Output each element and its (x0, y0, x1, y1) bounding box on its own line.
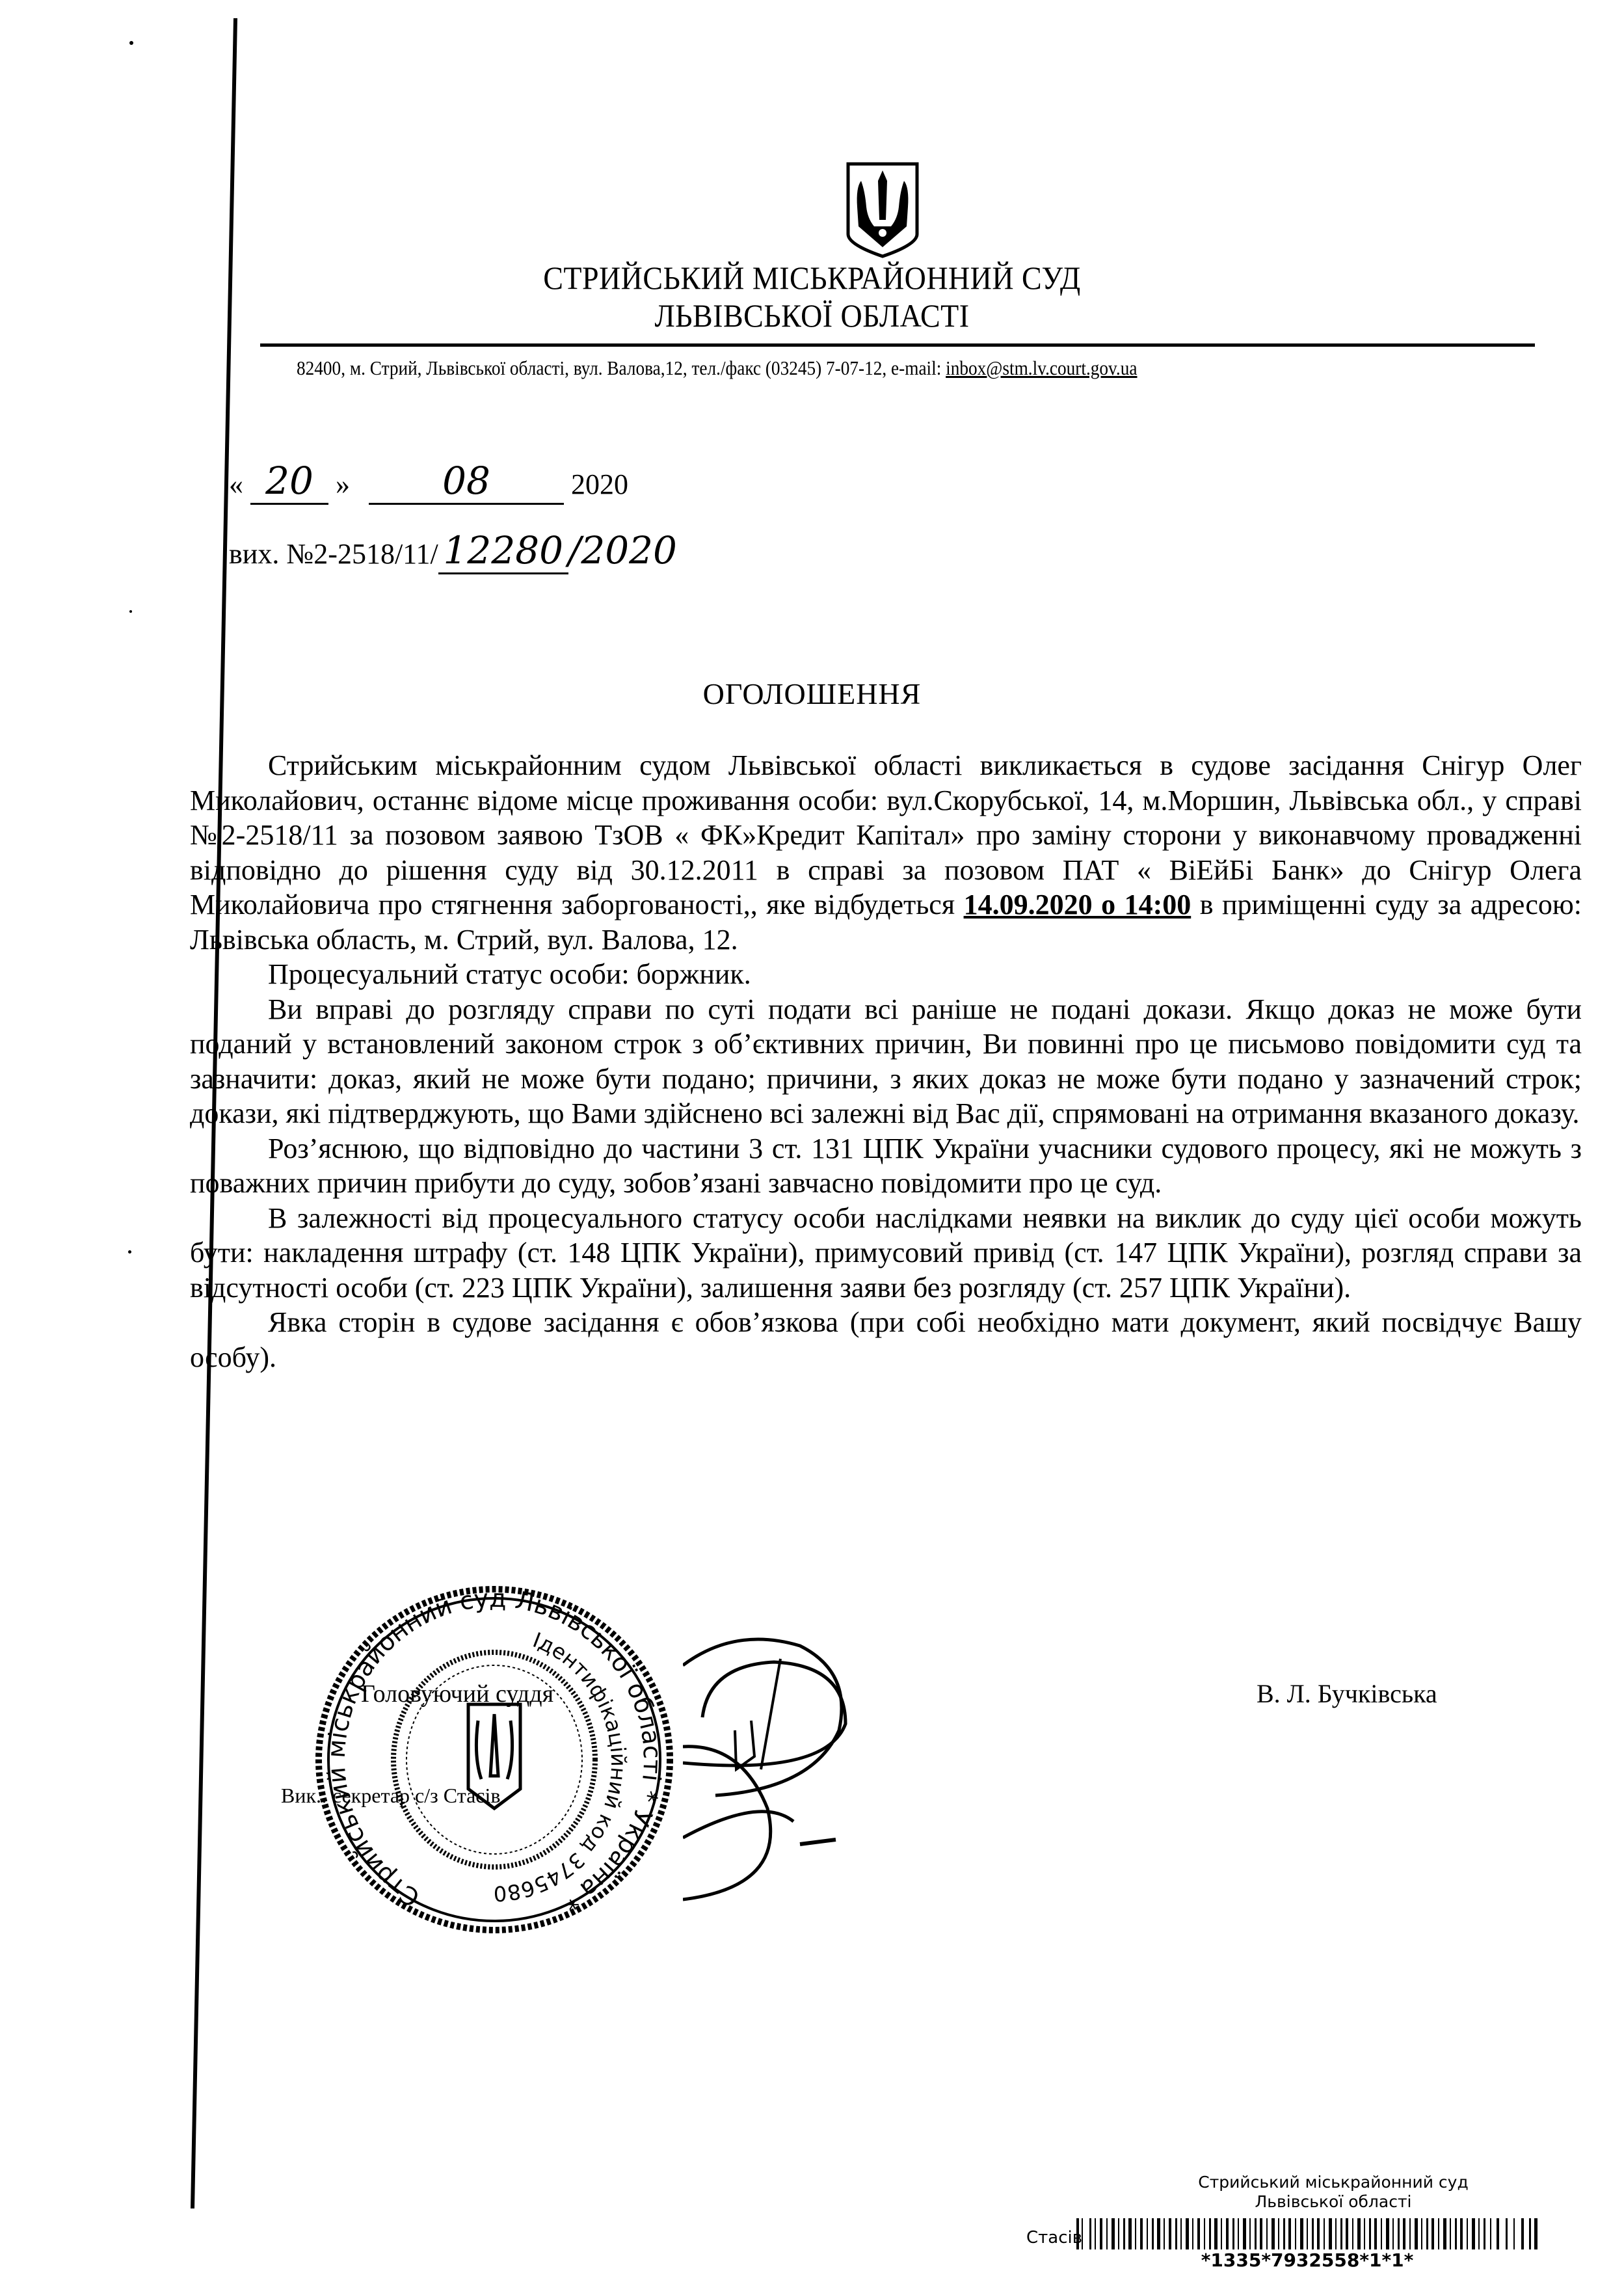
quote-open: « (229, 468, 243, 500)
ref-prefix: вих. №2-2518/11/ (229, 538, 438, 570)
outgoing-date: « 20 » 08 2020 (229, 459, 628, 505)
scan-speck (129, 610, 132, 613)
quote-close: » (336, 468, 350, 500)
presiding-judge-label: Головуючий суддя (361, 1680, 553, 1708)
ref-year: /2020 (568, 528, 677, 572)
tryzub-coat-of-arms-icon (844, 161, 921, 259)
paragraph-attendance: Явка сторін в судове засідання є обов’яз… (190, 1305, 1582, 1375)
paragraph-status: Процесуальний статус особи: боржник. (190, 957, 1582, 992)
barcode-court-line2: Львівської області (1184, 2192, 1483, 2212)
announcement-body: Стрийським міськрайонним судом Львівсько… (190, 748, 1582, 1375)
barcode-prefix: Стасів (1026, 2228, 1082, 2248)
document-barcode: Стрийський міськрайонний суд Львівської … (1015, 2166, 1587, 2283)
barcode-court-name: Стрийський міськрайонний суд Львівської … (1184, 2173, 1483, 2212)
hearing-datetime: 14.09.2020 о 14:00 (964, 889, 1191, 920)
document-heading: ОГОЛОШЕННЯ (0, 677, 1624, 711)
paragraph-summons: Стрийським міськрайонним судом Львівсько… (190, 748, 1582, 957)
court-name: СТРИЙСЬКИЙ МІСЬКРАЙОННИЙ СУД ЛЬВІВСЬКОЇ … (0, 259, 1624, 334)
court-address: 82400, м. Стрий, Львівської області, вул… (297, 356, 946, 379)
date-day: 20 (250, 459, 328, 505)
court-name-line2: ЛЬВІВСЬКОЇ ОБЛАСТІ (65, 297, 1559, 334)
outgoing-reference: вих. №2-2518/11/12280/2020 (229, 528, 677, 574)
ref-number: 12280 (438, 528, 568, 574)
paragraph-evidence: Ви вправі до розгляду справи по суті под… (190, 992, 1582, 1131)
judge-name: В. Л. Бучківська (1257, 1678, 1437, 1709)
email-link[interactable]: inbox@stm.lv.court.gov.ua (946, 356, 1137, 379)
barcode-number: *1335*7932558*1*1* (1145, 2249, 1470, 2271)
scan-speck (128, 1250, 131, 1254)
date-year: 2020 (571, 468, 628, 500)
header-divider (260, 343, 1535, 347)
executor-label: Вик.: секретар с/з Стасів (281, 1784, 500, 1808)
court-contacts: 82400, м. Стрий, Львівської області, вул… (297, 356, 1137, 380)
paragraph-consequences: В залежності від процесуального статусу … (190, 1201, 1582, 1306)
barcode-icon (1076, 2218, 1538, 2249)
handwritten-signature (683, 1613, 1073, 1926)
scan-speck (129, 41, 133, 45)
barcode-court-line1: Стрийський міськрайонний суд (1184, 2173, 1483, 2192)
paragraph-notice: Роз’яснюю, що відповідно до частини 3 ст… (190, 1131, 1582, 1201)
court-name-line1: СТРИЙСЬКИЙ МІСЬКРАЙОННИЙ СУД (65, 259, 1559, 297)
date-month: 08 (369, 459, 564, 505)
court-seal-stamp: Стрийський міськрайонний суд Львівської … (306, 1581, 683, 1945)
